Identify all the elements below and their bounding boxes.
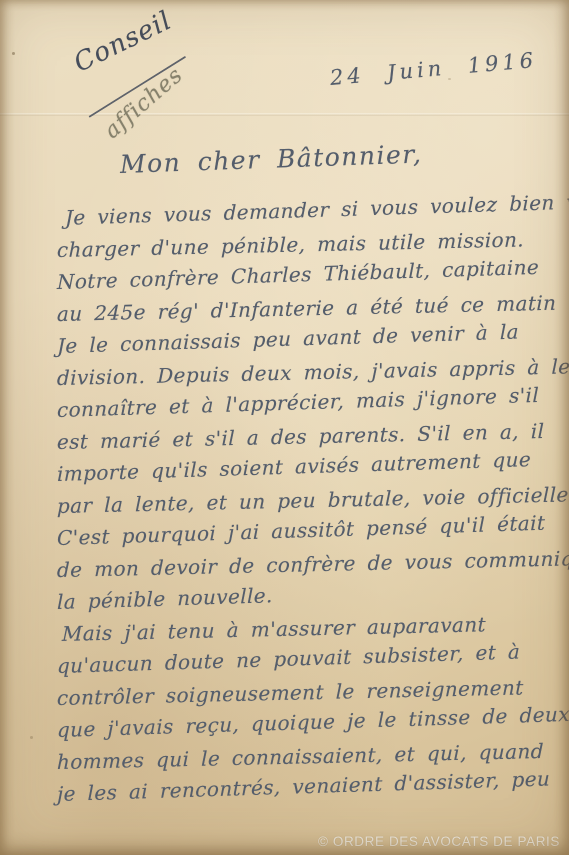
letter-salutation: Mon cher Bâtonnier, [119,139,422,179]
fold-crease [0,113,569,116]
paper-speck [12,52,15,55]
copyright-watermark: © ORDRE DES AVOCATS DE PARIS [318,834,560,849]
paper-speck [30,736,33,739]
letter-date: 24 Juin 1916 [329,48,538,90]
archive-annotation-affiches: affiches [100,63,188,144]
archive-annotation-conseil: Conseil [69,6,176,79]
scanned-letter-page: Conseil affiches 24 Juin 1916 Mon cher B… [0,0,569,855]
letter-body: Je viens vous demander si vous voulez bi… [57,202,557,810]
